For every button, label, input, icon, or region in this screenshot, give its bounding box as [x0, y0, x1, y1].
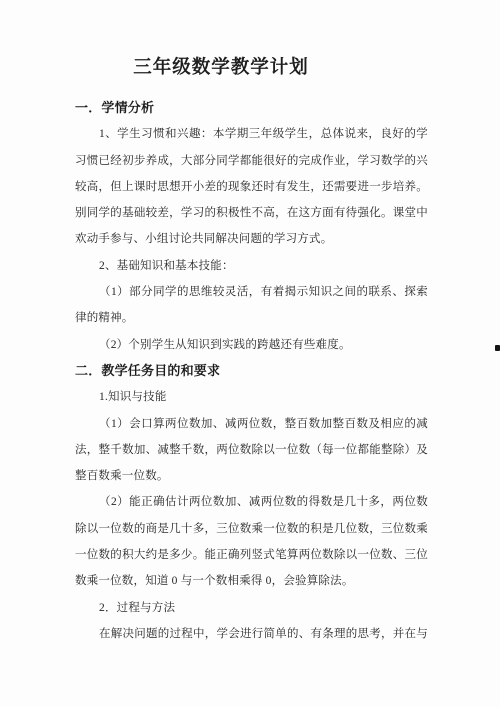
paragraph-line: 法，整千数加、减整千数，两位数除以一位数（每一位都能整除）及 — [75, 437, 428, 463]
document-body: 一．学情分析 1、学生习惯和兴趣：本学期三年级学生，总体说来，良好的学习 习惯已… — [75, 95, 428, 647]
paragraph-line: 除以一位数的商是几十多，三位数乘一位数的积是几位数，三位数乘 — [75, 516, 428, 542]
paragraph-line: 整百数乘一位数。 — [75, 463, 428, 489]
paragraph-line: （2）个别学生从知识到实践的跨越还有些难度。 — [75, 332, 428, 358]
paragraph-line: （1）部分同学的思维较灵活，有着揭示知识之间的联系、探索规 — [75, 279, 428, 305]
paragraph-line: 2．过程与方法 — [75, 595, 428, 621]
paragraph-line: 一位数的积大约是多少。能正确列竖式笔算两位数除以一位数、三位 — [75, 542, 428, 568]
paragraph-line: 2、基础知识和基本技能： — [75, 253, 428, 279]
paragraph-line: 1.知识与技能 — [75, 384, 428, 410]
document-title: 三年级数学教学计划 — [0, 54, 442, 82]
paragraph-line: 数乘一位数，知道 0 与一个数相乘得 0，会验算除法。 — [75, 568, 428, 594]
document-title-text: 三年级数学教学计划 — [133, 58, 309, 78]
paragraph-line: 律的精神。 — [75, 305, 428, 331]
paragraph-line: （2）能正确估计两位数加、减两位数的得数是几十多，两位数 — [75, 489, 428, 515]
paragraph-line: 别同学的基础较差，学习的积极性不高，在这方面有待强化。课堂中喜 — [75, 200, 428, 226]
section-heading-1: 一．学情分析 — [75, 95, 428, 121]
paragraph-line: 习惯已经初步养成，大部分同学都能很好的完成作业，学习数学的兴趣 — [75, 148, 428, 174]
section-heading-2: 二．教学任务目的和要求 — [75, 358, 428, 384]
stray-ink-dot — [495, 345, 500, 351]
paragraph-line: 较高，但上课时思想开小差的现象还时有发生，还需要进一步培养。个 — [75, 174, 428, 200]
paragraph-line: 1、学生习惯和兴趣：本学期三年级学生，总体说来，良好的学习 — [75, 121, 428, 147]
paragraph-line: （1）会口算两位数加、减两位数，整百数加整百数及相应的减 — [75, 411, 428, 437]
paragraph-line: 在解决问题的过程中，学会进行简单的、有条理的思考，并在与 — [75, 621, 428, 647]
paragraph-line: 欢动手参与、小组讨论共同解决问题的学习方式。 — [75, 226, 428, 252]
document-page: 三年级数学教学计划 一．学情分析 1、学生习惯和兴趣：本学期三年级学生，总体说来… — [0, 0, 500, 707]
